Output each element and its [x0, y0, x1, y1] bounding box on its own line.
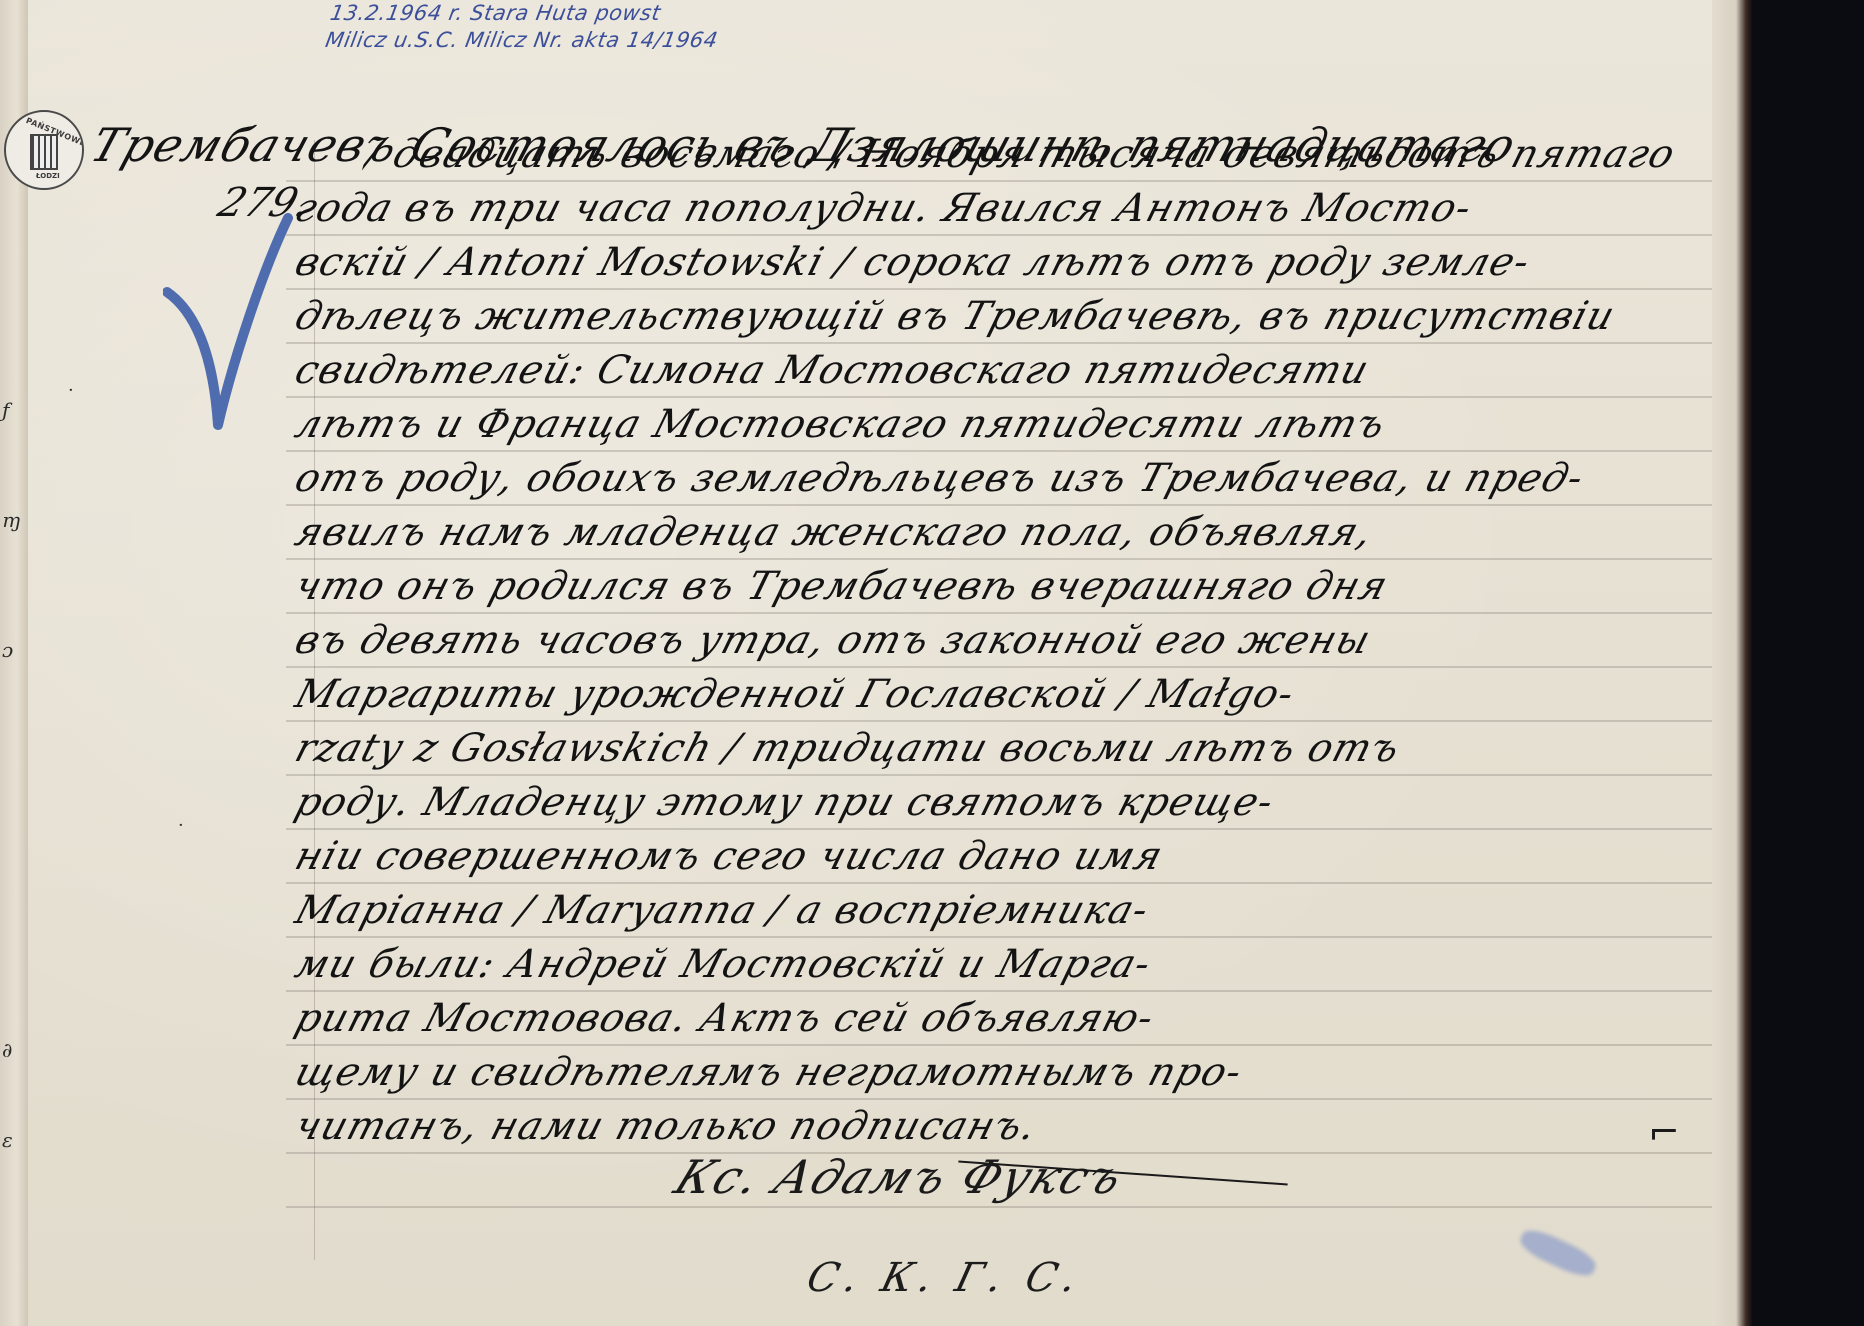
record-line: рита Мостовова. Актъ сей объявляю-	[290, 996, 1743, 1041]
margin-glyph: ɛ	[2, 1130, 24, 1150]
scan-background: ƒ ɱ ɔ ∂ ɛ 13.2.1964 r. Stara Huta powst …	[0, 0, 1864, 1326]
ruled-line	[286, 558, 1746, 560]
record-line: rzaty z Gosławskich / тридцати восьми лѣ…	[290, 726, 1743, 771]
blue-ink-smudge	[1516, 1224, 1599, 1281]
building-icon	[30, 134, 58, 170]
record-line: Маргариты урожденной Гославской / Małgo-	[290, 672, 1743, 717]
record-line: года въ три часа пополудни. Явился Антон…	[290, 186, 1743, 231]
ruled-line	[286, 774, 1746, 776]
ruled-line	[286, 612, 1746, 614]
end-mark: ⌐	[1648, 1110, 1680, 1154]
record-line: щему и свидѣтелямъ неграмотнымъ про-	[290, 1050, 1743, 1095]
margin-glyph: ɱ	[2, 510, 24, 530]
record-line: отъ роду, обоихъ земледѣльцевъ изъ Тремб…	[290, 456, 1743, 501]
ink-speck: ·	[178, 815, 184, 836]
adjacent-page-strip: ƒ ɱ ɔ ∂ ɛ	[0, 0, 29, 1326]
record-line: въ девять часовъ утра, отъ законной его …	[290, 618, 1743, 663]
ruled-line	[286, 666, 1746, 668]
margin-glyph: ∂	[2, 1040, 24, 1060]
blue-check-icon	[163, 210, 323, 440]
pencil-annotation-line2: Milicz u.S.C. Milicz Nr. akta 14/1964	[323, 27, 720, 54]
ruled-line	[286, 396, 1746, 398]
ruled-line	[286, 1098, 1746, 1100]
ruled-line	[286, 720, 1746, 722]
record-line: ніи совершенномъ сего числа дано имя	[290, 834, 1743, 879]
record-line: что онъ родился въ Трембачевѣ вчерашняго…	[290, 564, 1743, 609]
record-line: читанъ, нами только подписанъ.	[290, 1104, 1743, 1149]
ruled-line	[286, 234, 1746, 236]
record-line: лѣтъ и Франца Мостовскаго пятидесяти лѣт…	[290, 402, 1743, 447]
margin-glyph: ƒ	[2, 400, 24, 420]
signature-initials: С. К. Г. С.	[802, 1255, 1087, 1301]
ruled-line	[286, 288, 1746, 290]
record-line: ми были: Андрей Мостовскій и Марга-	[290, 942, 1743, 987]
pencil-annotation-line1: 13.2.1964 r. Stara Huta powst	[328, 0, 725, 27]
ruled-line	[286, 990, 1746, 992]
ruled-line	[286, 1206, 1746, 1208]
page-edge	[1712, 0, 1752, 1326]
pencil-annotation: 13.2.1964 r. Stara Huta powst Milicz u.S…	[323, 0, 725, 54]
record-line: Маріанна / Maryanna / а воспріемника-	[290, 888, 1743, 933]
ruled-line	[286, 450, 1746, 452]
stamp-bottom-text: ŁODZI	[36, 172, 60, 180]
record-line: / двадцать восьмаго / Ноября тысяча девя…	[360, 132, 1743, 177]
ruled-line	[286, 936, 1746, 938]
archive-stamp-icon: PAŃSTWOWE ŁODZI	[4, 110, 84, 190]
ruled-line	[286, 1044, 1746, 1046]
ruled-line	[286, 882, 1746, 884]
priest-signature: Кс. Адамъ Фуксъ	[667, 1150, 1133, 1204]
record-line: роду. Младенцу этому при святомъ креще-	[290, 780, 1743, 825]
ink-speck: ·	[68, 380, 74, 401]
ruled-line	[286, 504, 1746, 506]
ruled-line	[286, 828, 1746, 830]
record-line: явилъ намъ младенца женскаго пола, объяв…	[290, 510, 1743, 555]
ruled-line	[286, 180, 1746, 182]
record-line: дѣлецъ жительствующій въ Трембачевѣ, въ …	[290, 294, 1743, 339]
document-page: 13.2.1964 r. Stara Huta powst Milicz u.S…	[28, 0, 1740, 1326]
record-line: свидѣтелей: Симона Мостовскаго пятидесят…	[290, 348, 1743, 393]
record-line: вскій / Antoni Mostowski / сорока лѣтъ о…	[290, 240, 1743, 285]
ruled-line	[286, 342, 1746, 344]
margin-glyph: ɔ	[2, 640, 24, 660]
